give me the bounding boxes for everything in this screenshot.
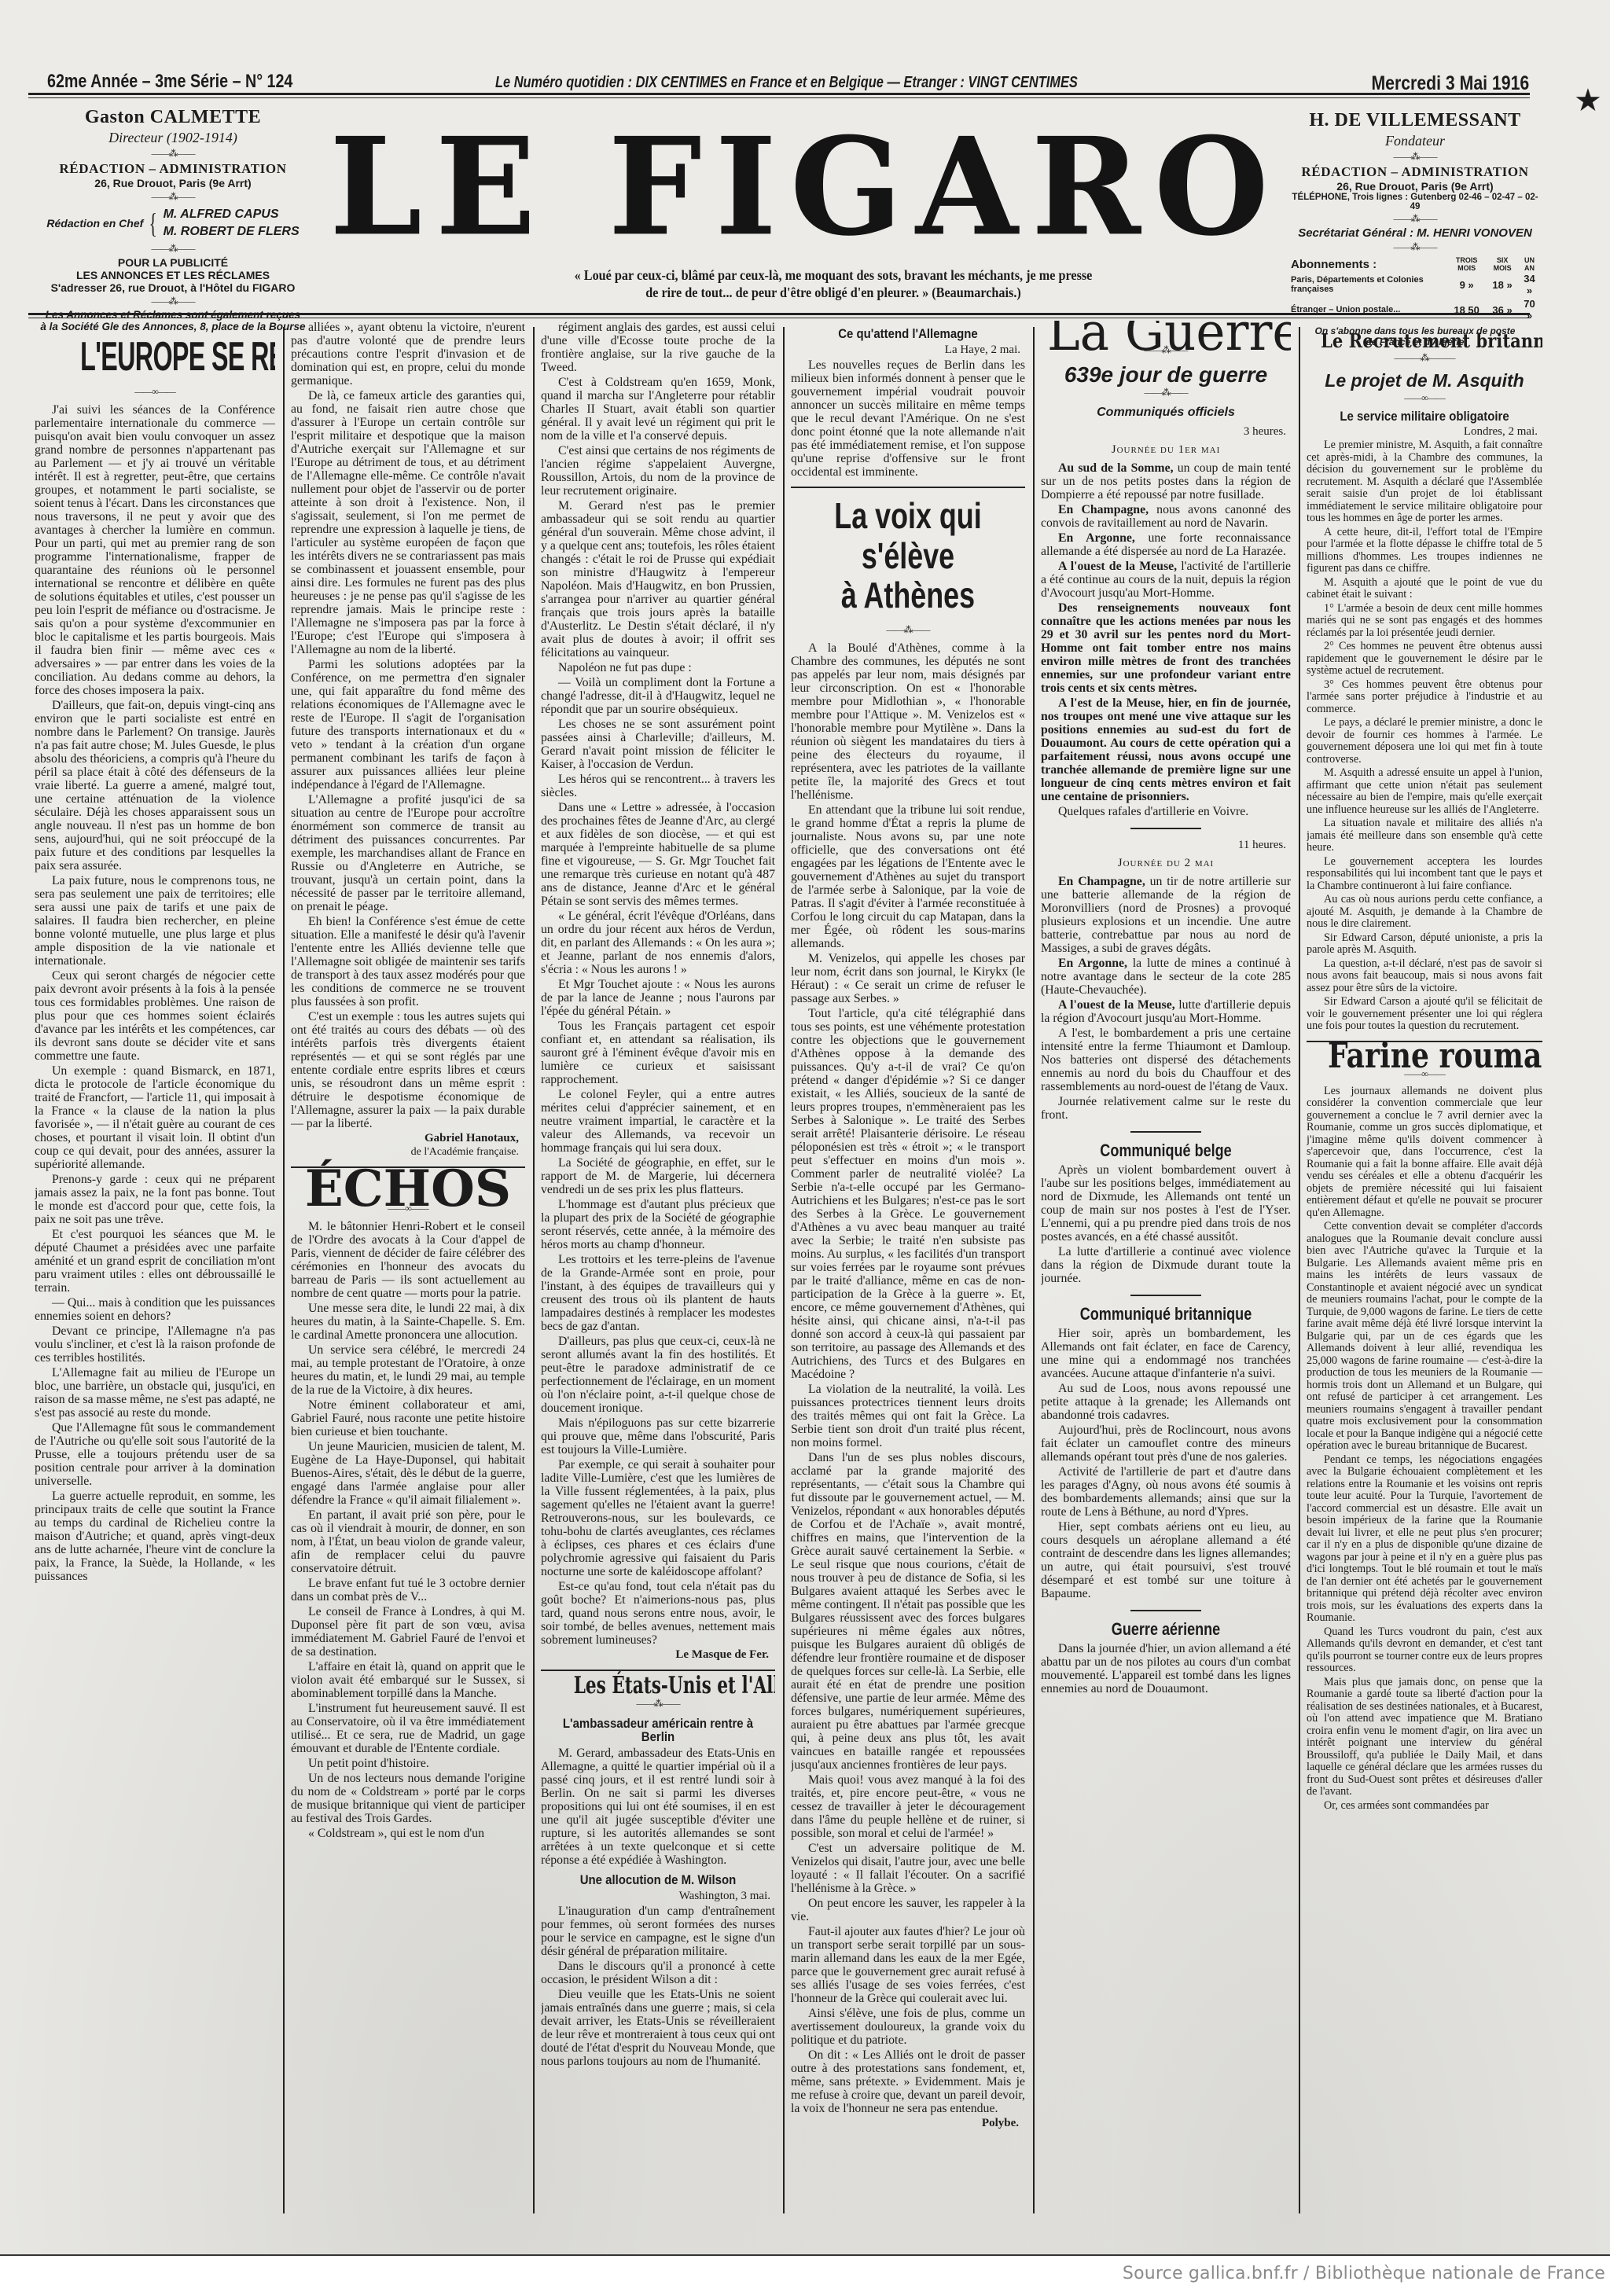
- editor-name: M. ALFRED CAPUS: [164, 206, 300, 223]
- paragraph: Napoléon ne fut pas dupe :: [541, 661, 775, 674]
- pub-line: POUR LA PUBLICITÉ: [31, 256, 314, 269]
- paragraph: Ainsi s'élève, une fois de plus, comme u…: [791, 2007, 1025, 2047]
- paragraph: Pendant ce temps, les négociations engag…: [1307, 1454, 1542, 1625]
- paragraph: Quand les Turcs voudront du pain, c'est …: [1307, 1626, 1542, 1675]
- paragraph: Et c'est pourquoi les séances que M. le …: [35, 1228, 275, 1295]
- journee: Journée du 2 mai: [1041, 857, 1291, 870]
- price-line: Le Numéro quotidien : DIX CENTIMES en Fr…: [495, 74, 1078, 92]
- ornament: ——⁂——: [1289, 241, 1541, 253]
- paragraph: Dans le discours qu'il a prononcé à cett…: [541, 1960, 775, 1986]
- founder-name: H. DE VILLEMESSANT: [1289, 110, 1541, 131]
- paragraph: Le colonel Feyler, qui a entre autres mé…: [541, 1088, 775, 1155]
- paragraph: Et Mgr Touchet ajoute : « Nous les auron…: [541, 978, 775, 1018]
- paragraph: Au cas où nous aurions perdu cette confi…: [1307, 894, 1542, 931]
- belge-title: Communiqué belge: [1064, 1144, 1269, 1157]
- ornament: ——⁂——: [1289, 213, 1541, 225]
- farine-body: Les journaux allemands ne doivent plus c…: [1307, 1086, 1542, 1813]
- paragraph: M. Venizelos, qui appelle les choses par…: [791, 952, 1025, 1005]
- echos-title: ÉCHOS: [291, 1182, 525, 1196]
- redaction-label: RÉDACTION – ADMINISTRATION: [1289, 164, 1541, 180]
- paragraph: Notre éminent collaborateur et ami, Gabr…: [291, 1398, 525, 1438]
- ornament: ——⁂——: [1289, 151, 1541, 163]
- paragraph: M. Asquith a ajouté que le point de vue …: [1307, 577, 1542, 601]
- column-guerre: La Guerre ——⁂—— 639e jour de guerre ——⁂—…: [1041, 321, 1291, 2215]
- paragraph: En Argonne, la lutte de mines a continué…: [1041, 957, 1291, 997]
- brace: {: [149, 209, 157, 237]
- paragraph: Faut-il ajouter aux fautes d'hier? Le jo…: [791, 1925, 1025, 2005]
- paragraph: L'inauguration d'un camp d'entraînement …: [541, 1905, 775, 1958]
- dateline: Londres, 2 mai.: [1311, 426, 1538, 439]
- abonnements-label: Abonnements :: [1289, 256, 1446, 272]
- paragraph: régiment anglais des gardes, est aussi c…: [541, 321, 775, 374]
- paragraph: Tout l'article, qu'a cité télégraphié da…: [791, 1007, 1025, 1381]
- paragraph: Les journaux allemands ne doivent plus c…: [1307, 1086, 1542, 1220]
- editors-block: Rédaction en Chef { M. ALFRED CAPUS M. R…: [31, 206, 314, 240]
- paragraph: Les choses ne se sont assurément point p…: [541, 718, 775, 771]
- paragraph: De là, ce fameux article des garanties q…: [291, 389, 525, 656]
- divider: [1130, 828, 1201, 829]
- paragraph: 2° Ces hommes ne peuvent être obtenus au…: [1307, 641, 1542, 678]
- paragraph: Mais quoi! vous avez manqué à la foi des…: [791, 1773, 1025, 1840]
- paragraph: La paix future, nous le comprenons tous,…: [35, 874, 275, 968]
- telephone: TÉLÉPHONE, Trois lignes : Gutenberg 02-4…: [1289, 193, 1541, 211]
- paragraph: Activité de l'artillerie de part et d'au…: [1041, 1465, 1291, 1519]
- motto-line: « Loué par ceux-ci, blâmé par ceux-là, m…: [480, 267, 1187, 285]
- paragraph: Le premier ministre, M. Asquith, a fait …: [1307, 439, 1542, 525]
- paragraph: Le pays, a déclaré le premier ministre, …: [1307, 717, 1542, 766]
- echos-continued: régiment anglais des gardes, est aussi c…: [541, 321, 775, 1647]
- ornament: ———⁂———: [1307, 352, 1542, 365]
- masthead-rule: [28, 313, 1530, 318]
- newspaper-title: LE FIGARO: [327, 121, 1285, 255]
- column-rule: [1299, 327, 1300, 2213]
- newspaper-page: 62me Année – 3me Série – N° 124 Le Numér…: [0, 0, 1610, 2256]
- address: 26, Rue Drouot, Paris (9e Arrt): [31, 177, 314, 189]
- paragraph: En Champagne, nous avons canonné des con…: [1041, 503, 1291, 530]
- paragraph: L'hommage est d'autant plus précieux que…: [541, 1198, 775, 1251]
- issue-date: Mercredi 3 Mai 1916: [1371, 72, 1529, 95]
- paragraph: 1° L'armée a besoin de deux cent mille h…: [1307, 603, 1542, 640]
- ornament: ——⁂——: [31, 243, 314, 255]
- star-icon: ★: [1574, 85, 1602, 116]
- paragraph: Dieu veuille que les Etats-Unis ne soien…: [541, 1988, 775, 2068]
- belge-body: Après un violent bombardement ouvert à l…: [1041, 1163, 1291, 1285]
- paragraph: Un exemple : quand Bismarck, en 1871, di…: [35, 1064, 275, 1171]
- paragraph: Parmi les solutions adoptées par la Conf…: [291, 658, 525, 792]
- column-rule: [1033, 327, 1035, 2213]
- wilson-body: L'inauguration d'un camp d'entraînement …: [541, 1905, 775, 2068]
- recrutement-subtitle: Le projet de M. Asquith: [1307, 375, 1542, 388]
- paragraph: La situation navale et militaire des all…: [1307, 817, 1542, 854]
- column-recrutement: Le Recrutement britannique ———⁂——— Le pr…: [1307, 321, 1542, 2215]
- article-title: L'EUROPE SE RESSAISIT: [80, 336, 230, 377]
- masthead-right: H. DE VILLEMESSANT Fondateur ——⁂—— RÉDAC…: [1289, 110, 1541, 347]
- paragraph: C'est ainsi que certains de nos régiment…: [541, 444, 775, 498]
- paragraph: Mais n'épiloguons pas sur cette bizarrer…: [541, 1416, 775, 1457]
- issue-number: 62me Année – 3me Série – N° 124: [47, 71, 292, 93]
- paragraph: La lutte d'artillerie a continué avec vi…: [1041, 1245, 1291, 1285]
- paragraph: Dans la journée d'hier, un avion alleman…: [1041, 1642, 1291, 1695]
- paragraph: Les trottoirs et les terre-pleins de l'a…: [541, 1253, 775, 1333]
- paragraph: Tous les Français partagent cet espoir c…: [541, 1019, 775, 1086]
- paragraph: Un de nos lecteurs nous demande l'origin…: [291, 1772, 525, 1825]
- voivre-line: Quelques rafales d'artillerie en Voivre.: [1041, 805, 1291, 818]
- signature: Le Masque de Fer.: [541, 1648, 769, 1662]
- paragraph: L'Allemagne fait au milieu de l'Europe u…: [35, 1366, 275, 1420]
- article-europe: L'EUROPE SE RESSAISIT ——∞—— J'ai suivi l…: [35, 321, 275, 2215]
- ornament: ——⁂——: [31, 148, 314, 160]
- paragraph: Les héros qui se rencontrent... à traver…: [541, 773, 775, 799]
- paragraph: La question, a-t-il déclaré, n'est pas d…: [1307, 958, 1542, 995]
- paragraph: 3° Ces hommes peuvent être obtenus pour …: [1307, 679, 1542, 716]
- redaction-label: RÉDACTION – ADMINISTRATION: [31, 161, 314, 177]
- paragraph: Sir Edward Carson, député unioniste, a p…: [1307, 932, 1542, 957]
- recrutement-section: Le service militaire obligatoire: [1321, 410, 1528, 423]
- recrutement-title: Le Recrutement britannique: [1321, 335, 1528, 347]
- paragraph: Or, ces armées sont commandées par: [1307, 1800, 1542, 1813]
- pub-line: LES ANNONCES ET LES RÉCLAMES: [31, 269, 314, 281]
- air-body: Dans la journée d'hier, un avion alleman…: [1041, 1642, 1291, 1695]
- paragraph: Un jeune Mauricien, musicien de talent, …: [291, 1440, 525, 1507]
- paragraph: La Société de géographie, en effet, sur …: [541, 1156, 775, 1196]
- farine-title: Farine roumaine: [1328, 1050, 1521, 1063]
- paragraph: En attendant que la tribune lui soit ren…: [791, 803, 1025, 950]
- guerre-title: La Guerre: [1047, 325, 1285, 339]
- secretariat: Secrétariat Général : M. HENRI VONOVEN: [1289, 226, 1541, 240]
- column-4: Ce qu'attend l'Allemagne La Haye, 2 mai.…: [791, 321, 1025, 2215]
- ornament: ——⁂——: [31, 191, 314, 203]
- brit-title: Communiqué britannique: [1064, 1307, 1269, 1321]
- divider: [1130, 1295, 1201, 1296]
- paragraph: C'est un adversaire politique de M. Veni…: [791, 1842, 1025, 1895]
- paragraph: M. Gerard, ambassadeur des Etats-Unis en…: [541, 1747, 775, 1867]
- allemagne-body: Les nouvelles reçues de Berlin dans les …: [791, 358, 1025, 479]
- col-header: SIX MOIS: [1487, 256, 1518, 272]
- paragraph: En partant, il avait prié son père, pour…: [291, 1508, 525, 1575]
- ornament: ——⁂——: [1041, 386, 1291, 399]
- usa-body: M. Gerard, ambassadeur des Etats-Unis en…: [541, 1747, 775, 1867]
- paragraph: Au sud de la Somme, un coup de main tent…: [1041, 461, 1291, 501]
- chef-label: Rédaction en Chef: [46, 217, 143, 230]
- divider: [541, 1670, 775, 1671]
- paragraph: Le gouvernement acceptera les lourdes re…: [1307, 856, 1542, 893]
- paragraph: Sir Edward Carson a ajouté qu'il se féli…: [1307, 996, 1542, 1033]
- paragraph: M. Gerard n'est pas le premier ambassade…: [541, 499, 775, 659]
- paragraph: Prenons-y garde : ceux qui ne préparent …: [35, 1173, 275, 1226]
- motto: « Loué par ceux-ci, blâmé par ceux-là, m…: [480, 267, 1187, 301]
- column-rule: [783, 327, 785, 2213]
- paragraph: La violation de la neutralité, la voilà.…: [791, 1383, 1025, 1449]
- paragraph: Le conseil de France à Londres, à qui M.…: [291, 1605, 525, 1659]
- paragraph: D'ailleurs, que fait-on, depuis vingt-ci…: [35, 699, 275, 872]
- echos-body: M. le bâtonnier Henri-Robert et le conse…: [291, 1220, 525, 1840]
- time: 3 heures.: [1046, 425, 1286, 439]
- paragraph: M. le bâtonnier Henri-Robert et le conse…: [291, 1220, 525, 1300]
- guerre-body-2: En Champagne, un tir de notre artillerie…: [1041, 875, 1291, 1122]
- paragraph: La guerre actuelle reproduit, en somme, …: [35, 1490, 275, 1583]
- communiques-label: Communiqués officiels: [1041, 406, 1291, 419]
- top-rule: [28, 93, 1530, 98]
- athenes-title: La voix qui s'élève à Athènes: [817, 496, 999, 615]
- paragraph: Eh bien! la Conférence s'est émue de cet…: [291, 915, 525, 1008]
- paragraph: « Le général, écrit l'évêque d'Orléans, …: [541, 909, 775, 976]
- paragraph: Devant ce principe, l'Allemagne n'a pas …: [35, 1324, 275, 1365]
- paragraph: A l'est de la Meuse, hier, en fin de jou…: [1041, 696, 1291, 803]
- paragraph: Hier, sept combats aériens ont eu lieu, …: [1041, 1520, 1291, 1600]
- paragraph: L'instrument fut heureusement sauvé. Il …: [291, 1702, 525, 1755]
- col-header: UN AN: [1518, 256, 1541, 272]
- paragraph: L'affaire en était là, quand on apprit q…: [291, 1660, 525, 1700]
- paragraph: Un petit point d'histoire.: [291, 1757, 525, 1770]
- paragraph: Après un violent bombardement ouvert à l…: [1041, 1163, 1291, 1244]
- wilson-subtitle: Une allocution de M. Wilson: [555, 1873, 761, 1886]
- usa-subtitle: L'ambassadeur américain rentre à Berlin: [555, 1717, 761, 1743]
- ornament: ——∞——: [1307, 392, 1542, 405]
- paragraph: Dans une « Lettre » adressée, à l'occasi…: [541, 801, 775, 908]
- source-credit: Source gallica.bnf.fr / Bibliothèque nat…: [1123, 2264, 1605, 2283]
- columns: L'EUROPE SE RESSAISIT ——∞—— J'ai suivi l…: [27, 321, 1544, 2215]
- paragraph: On dit : « Les Alliés ont le droit de pa…: [791, 2048, 1025, 2115]
- paragraph: En Argonne, une forte reconnaissance all…: [1041, 531, 1291, 558]
- signature: Gabriel Hanotaux,: [291, 1132, 519, 1145]
- war-day: 639e jour de guerre: [1041, 368, 1291, 381]
- paragraph: Une messe sera dite, le lundi 22 mai, à …: [291, 1302, 525, 1342]
- paragraph: A la Boulé d'Athènes, comme à la Chambre…: [791, 641, 1025, 802]
- guerre-body-1: Au sud de la Somme, un coup de main tent…: [1041, 461, 1291, 600]
- ornament: ——∞——: [35, 385, 275, 399]
- brit-body: Hier soir, après un bombardement, les Al…: [1041, 1327, 1291, 1600]
- paragraph: — Voilà un compliment dont la Fortune a …: [541, 676, 775, 716]
- article-body: alliées », ayant obtenu la victoire, n'e…: [291, 321, 525, 1130]
- table-row: Paris, Départements et Colonies français…: [1289, 272, 1541, 297]
- article-body: J'ai suivi les séances de la Conférence …: [35, 403, 275, 1583]
- paragraph: Cette convention devait se compléter d'a…: [1307, 1221, 1542, 1453]
- motto-line: de rire de tout... de peur d'être obligé…: [480, 285, 1187, 302]
- founder-role: Fondateur: [1289, 133, 1541, 149]
- paragraph: Des renseignements nouveaux font connaît…: [1041, 601, 1291, 695]
- paragraph: « Coldstream », qui est le nom d'un: [291, 1827, 525, 1840]
- signature: Polybe.: [791, 2117, 1019, 2130]
- paragraph: En Champagne, un tir de notre artillerie…: [1041, 875, 1291, 955]
- paragraph: Un service sera célébré, le mercredi 24 …: [291, 1343, 525, 1397]
- column-3: régiment anglais des gardes, est aussi c…: [541, 321, 775, 2215]
- time: 11 heures.: [1046, 839, 1286, 852]
- paragraph: Aujourd'hui, près de Roclincourt, nous a…: [1041, 1424, 1291, 1464]
- paragraph: Que l'Allemagne fût sous le commandement…: [35, 1421, 275, 1488]
- air-title: Guerre aérienne: [1064, 1622, 1269, 1636]
- paragraph: C'est un exemple : tous les autres sujet…: [291, 1010, 525, 1130]
- paragraph: J'ai suivi les séances de la Conférence …: [35, 403, 275, 697]
- paragraph: Les nouvelles reçues de Berlin dans les …: [791, 358, 1025, 479]
- recrutement-body: Le premier ministre, M. Asquith, a fait …: [1307, 439, 1542, 1033]
- paragraph: A l'est, le bombardement a pris une cert…: [1041, 1027, 1291, 1093]
- paragraph: Ceux qui seront chargés de négocier cett…: [35, 969, 275, 1063]
- paragraph: A l'ouest de la Meuse, l'activité de l'a…: [1041, 560, 1291, 600]
- director-name: Gaston CALMETTE: [31, 107, 314, 128]
- editor-name: M. ROBERT DE FLERS: [164, 223, 300, 241]
- pub-line: S'adresser 26, rue Drouot, à l'Hôtel du …: [31, 281, 314, 294]
- divider: [1130, 1131, 1201, 1133]
- paragraph: alliées », ayant obtenu la victoire, n'e…: [291, 321, 525, 388]
- paragraph: Dans l'un de ses plus nobles discours, a…: [791, 1451, 1025, 1772]
- paragraph: — Qui... mais à condition que les puissa…: [35, 1296, 275, 1323]
- guerre-bold: Des renseignements nouveaux font connaît…: [1041, 601, 1291, 803]
- ornament: ——⁂——: [31, 296, 314, 307]
- usa-title: Les États-Unis et l'Allemagne: [574, 1679, 743, 1692]
- column-rule: [533, 327, 535, 2213]
- paragraph: D'ailleurs, pas plus que ceux-ci, ceux-l…: [541, 1335, 775, 1415]
- column-rule: [283, 327, 285, 2213]
- divider: [791, 487, 1025, 488]
- paragraph: Mais plus que jamais donc, on pense que …: [1307, 1677, 1542, 1798]
- paragraph: A l'ouest de la Meuse, lutte d'artilleri…: [1041, 998, 1291, 1025]
- allemagne-subtitle: Ce qu'attend l'Allemagne: [805, 327, 1011, 340]
- col-header: TROIS MOIS: [1446, 256, 1487, 272]
- divider: [291, 1166, 525, 1168]
- column-2: alliées », ayant obtenu la victoire, n'e…: [291, 321, 525, 2215]
- divider: [1130, 1610, 1201, 1611]
- paragraph: A cette heure, dit-il, l'effort total de…: [1307, 527, 1542, 575]
- table-row: Étranger – Union postale... 18 50 36 » 7…: [1289, 297, 1541, 322]
- masthead-left: Gaston CALMETTE Directeur (1902-1914) ——…: [31, 107, 314, 332]
- journee: Journée du 1er mai: [1041, 443, 1291, 457]
- paragraph: Est-ce qu'au fond, tout cela n'était pas…: [541, 1580, 775, 1647]
- paragraph: Hier soir, après un bombardement, les Al…: [1041, 1327, 1291, 1380]
- paragraph: Au sud de Loos, nous avons repoussé une …: [1041, 1382, 1291, 1422]
- paragraph: Le brave enfant fut tué le 3 octobre der…: [291, 1577, 525, 1604]
- paragraph: M. Asquith a adressé ensuite un appel à …: [1307, 767, 1542, 816]
- paragraph: C'est à Coldstream qu'en 1659, Monk, qua…: [541, 376, 775, 443]
- ornament: ——⁂——: [791, 623, 1025, 637]
- paragraph: Journée relativement calme sur le reste …: [1041, 1095, 1291, 1122]
- signature-sub: de l'Académie française.: [291, 1145, 519, 1159]
- director-role: Directeur (1902-1914): [31, 130, 314, 146]
- address: 26, Rue Drouot, Paris (9e Arrt): [1289, 180, 1541, 193]
- paragraph: L'Allemagne a profité jusqu'ici de sa si…: [291, 793, 525, 913]
- dateline: Washington, 3 mai.: [546, 1890, 770, 1903]
- paragraph: Par exemple, ce qui serait à souhaiter p…: [541, 1458, 775, 1578]
- athenes-body: A la Boulé d'Athènes, comme à la Chambre…: [791, 641, 1025, 2115]
- paragraph: On peut encore les sauver, les rappeler …: [791, 1897, 1025, 1923]
- dateline: La Haye, 2 mai.: [796, 343, 1020, 357]
